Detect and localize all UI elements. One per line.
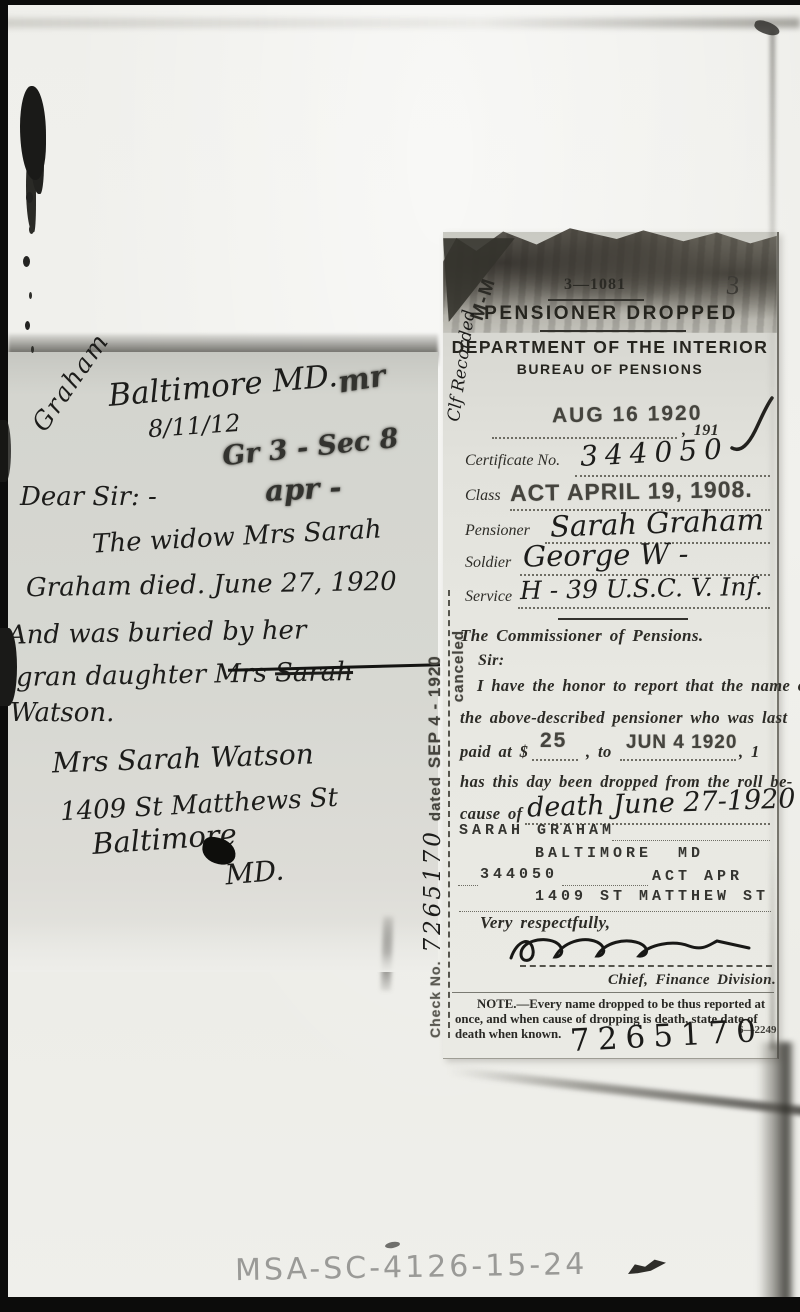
typed-cert-leader-mid [562, 884, 648, 886]
pensioner-label: Pensioner [465, 522, 530, 540]
archive-label: MSA-SC-4126-15-24 [235, 1247, 588, 1288]
paid-amount-stamp: 25 [540, 729, 567, 753]
soldier-label: Soldier [465, 554, 511, 572]
letter-body-line-4-text: gran daughter Mrs [16, 658, 276, 693]
scan-border-bottom [0, 1297, 800, 1312]
check-date-stamp: SEP 4 - 1920 [425, 655, 445, 768]
soldier-value: George W - [523, 537, 689, 574]
check-dated-label: dated [427, 776, 444, 821]
check-prefix: Check No. [427, 961, 443, 1038]
service-dotted-line [518, 606, 770, 609]
typed-name-leader [612, 839, 770, 841]
service-label: Service [465, 588, 512, 606]
class-label: Class [465, 487, 501, 505]
letter-struck-word: Sarah [275, 657, 354, 688]
right-edge-streak [770, 30, 775, 1050]
typed-street-leader [459, 910, 771, 912]
dark-speck [628, 1258, 666, 1274]
pencil-dash [385, 1241, 401, 1250]
letter-body-line-5: Watson. [10, 698, 114, 728]
to-label: , to [586, 742, 612, 762]
check-annotation: Check No. 7265170 dated SEP 4 - 1920 can… [420, 590, 468, 1038]
service-value: H - 39 U.S.C. V. Inf. [520, 572, 763, 605]
check-status-stamp: canceled [450, 630, 467, 702]
section-divider [558, 618, 688, 620]
check-mark [728, 396, 776, 454]
edge-speckles [26, 192, 33, 203]
received-date-stamp: AUG 16 1920 [552, 402, 703, 429]
typed-street: 1409 ST MATTHEW ST [535, 888, 769, 905]
body-line-1: I have the honor to report that the name… [477, 676, 800, 696]
right-edge-shadow-band [758, 1042, 794, 1304]
paid-at-label: paid at $ [460, 742, 528, 762]
page-number: 3 [725, 270, 741, 302]
letter-scribble: mr [336, 358, 388, 400]
letter-body-line-3: And was buried by her [8, 615, 307, 650]
paid-to-date-stamp: JUN 4 1920 [626, 732, 737, 754]
edge-blotch-mid [0, 420, 11, 482]
to-date-dotted-line [620, 758, 736, 761]
form-number: 3—1081 [520, 276, 670, 294]
form-salutation: Sir: [478, 652, 505, 670]
amount-dotted-line [532, 758, 578, 761]
title-underline [540, 330, 686, 332]
form-number-underline [548, 299, 644, 301]
top-edge-streak [0, 18, 800, 28]
signature-dashed-line [520, 964, 772, 967]
certificate-label: Certificate No. [465, 452, 560, 470]
edge-blotch-top [20, 86, 46, 180]
cause-label: cause of [460, 804, 523, 824]
addressee-line: The Commissioner of Pensions. [460, 626, 704, 646]
scanned-pension-document: Graham Baltimore MD. 8/11/12 mr Gr 3 - S… [0, 0, 800, 1312]
diagonal-crease-shadow [447, 1066, 800, 1116]
body-line-2: the above-described pensioner who was la… [460, 708, 787, 728]
typed-certificate: 344050 [480, 866, 558, 883]
typed-name: SARAH GRAHAM [459, 822, 615, 839]
typed-act: ACT APR [652, 868, 743, 885]
check-number-handwritten: 7265170 [420, 829, 446, 952]
letter-bottom-fade [8, 922, 438, 972]
letter-body-line-4: gran daughter Mrs Sarah [16, 657, 354, 693]
letter-signature-state: MD. [224, 853, 286, 891]
form-bureau: BUREAU OF PENSIONS [443, 361, 777, 377]
scan-border-top [0, 0, 800, 5]
letter-salutation: Dear Sir: - [20, 482, 157, 512]
edge-blotch-lower [0, 628, 17, 706]
letter-pencil-note-2: apr - [264, 470, 342, 508]
form-title: PENSIONER DROPPED [455, 303, 767, 325]
year-prefix: , 1 [739, 742, 760, 762]
form-department: DEPARTMENT OF THE INTERIOR [443, 337, 777, 358]
note-divider [452, 992, 774, 993]
typed-city: BALTIMORE MD [535, 845, 704, 862]
signer-title: Chief, Finance Division. [608, 972, 776, 989]
class-value-stamp: ACT APRIL 19, 1908. [510, 476, 753, 507]
